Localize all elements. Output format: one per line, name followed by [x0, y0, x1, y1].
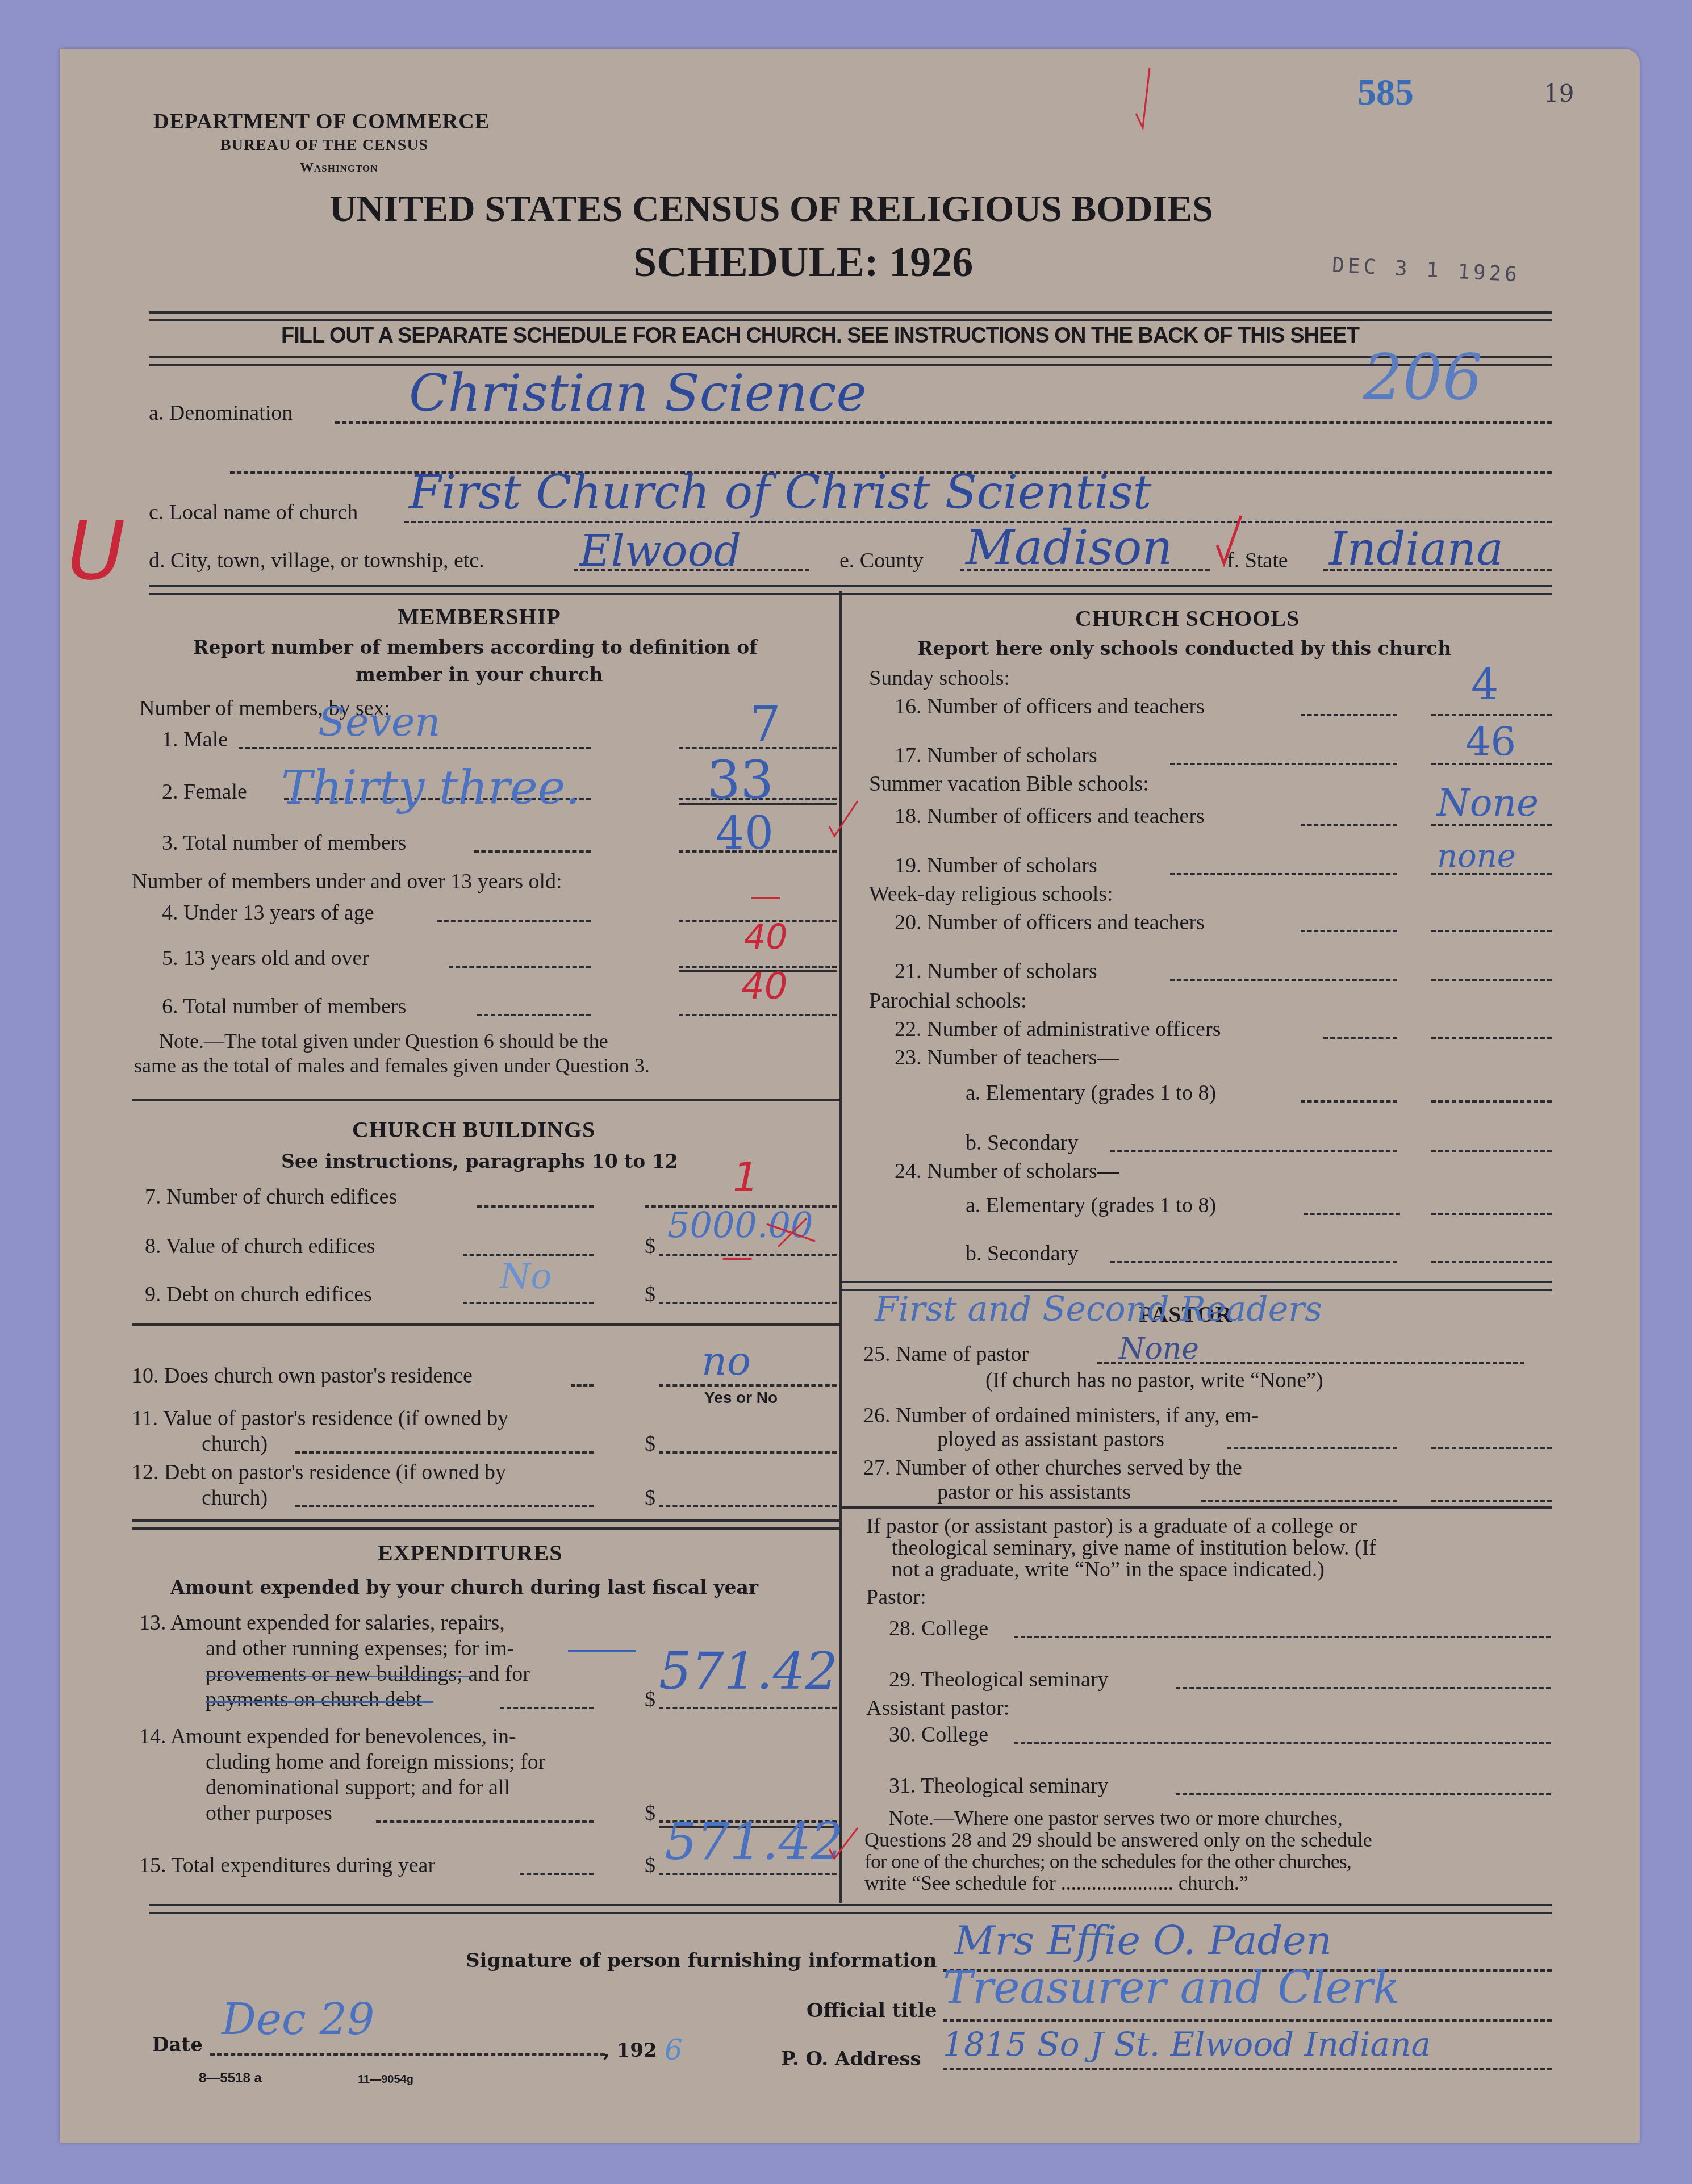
column-divider [839, 591, 842, 1903]
q19-label: 19. Number of scholars [895, 853, 1097, 878]
under-13-field[interactable]: — [750, 878, 782, 914]
denomination-label: a. Denomination [149, 400, 293, 425]
buildings-divider [132, 1323, 839, 1326]
under-13-line [437, 920, 591, 922]
church-schools-title: CHURCH SCHOOLS [1075, 605, 1300, 632]
checkmark-icon [826, 1823, 860, 1863]
edifices-count-label: 7. Number of church edifices [145, 1184, 397, 1209]
debt-amount-line [659, 1302, 837, 1304]
q14-line-2: cluding home and foreign missions; for [206, 1749, 545, 1774]
membership-divider [132, 1099, 839, 1101]
q19-dots [1170, 873, 1397, 875]
q13-dots [500, 1707, 594, 1709]
q29-field[interactable] [1176, 1687, 1551, 1689]
year-field[interactable]: 6 [665, 2033, 683, 2066]
assistant-pastor-subheading: Assistant pastor: [866, 1696, 1009, 1721]
parochial-schools-heading: Parochial schools: [869, 988, 1027, 1013]
department-name: DEPARTMENT OF COMMERCE [153, 109, 490, 134]
q17-label: 17. Number of scholars [895, 743, 1097, 768]
residence-debt-label: 12. Debt on pastor's residence (if owned… [132, 1460, 506, 1485]
expenditures-title: EXPENDITURES [378, 1539, 562, 1566]
q14-line-3: denominational support; and for all [206, 1775, 510, 1800]
q27-field[interactable] [1431, 1500, 1552, 1502]
q20-dots [1301, 930, 1397, 932]
city-field[interactable]: Elwood [579, 525, 741, 576]
membership-note-2: same as the total of males and females g… [134, 1054, 650, 1078]
q14-dots [376, 1820, 594, 1823]
total-members-6-field[interactable]: 40 [741, 966, 787, 1008]
county-label: e. County [839, 548, 924, 573]
currency-symbol: $ [645, 1801, 655, 1826]
q24b-field[interactable] [1431, 1261, 1552, 1263]
q13-amount-field[interactable]: 571.42 [659, 1642, 838, 1701]
date-line [210, 2053, 605, 2056]
header-divider [149, 311, 1552, 321]
residence-debt-field [659, 1505, 837, 1507]
under-13-label: 4. Under 13 years of age [162, 900, 374, 925]
total-members-field[interactable]: 40 [716, 807, 774, 859]
strike-line [206, 1701, 433, 1703]
q22-label: 22. Number of administrative officers [895, 1017, 1221, 1042]
q18-field[interactable]: None [1437, 781, 1539, 825]
form-code-1: 8—5518 a [199, 2070, 262, 2086]
currency-symbol: $ [645, 1853, 655, 1878]
edifices-debt-label: 9. Debt on church edifices [145, 1282, 372, 1307]
q20-label: 20. Number of officers and teachers [895, 910, 1205, 935]
signature-divider [149, 1904, 1552, 1914]
over-13-label: 5. 13 years old and over [162, 946, 369, 971]
vacation-schools-heading: Summer vacation Bible schools: [869, 771, 1149, 796]
currency-symbol: $ [645, 1431, 655, 1456]
form-code-2: 11—9054g [358, 2073, 413, 2086]
residence-line [571, 1384, 594, 1387]
local-name-label: c. Local name of church [149, 500, 358, 525]
q13-line-1: 13. Amount expended for salaries, repair… [139, 1610, 505, 1635]
over-13-field[interactable]: 40 [744, 917, 787, 957]
q24a-field[interactable] [1431, 1213, 1552, 1215]
owns-residence-field[interactable]: no [701, 1338, 751, 1384]
q27-dots [1201, 1500, 1397, 1502]
q23-label: 23. Number of teachers— [895, 1045, 1119, 1070]
age-label: Number of members under and over 13 year… [132, 869, 562, 894]
q16-dots [1301, 714, 1397, 716]
bureau-name: BUREAU OF THE CENSUS [220, 136, 428, 154]
q15-amount-field[interactable]: 571.42 [665, 1812, 843, 1872]
membership-subtitle-2: member in your church [356, 663, 603, 686]
pastor-note-3: for one of the churches; on the schedule… [864, 1849, 1351, 1873]
currency-symbol: $ [645, 1234, 655, 1259]
instructions-banner: FILL OUT A SEPARATE SCHEDULE FOR EACH CH… [281, 324, 1359, 348]
q28-field[interactable] [1014, 1636, 1551, 1638]
sunday-schools-heading: Sunday schools: [869, 666, 1010, 691]
q25-hint: (If church has no pastor, write “None”) [985, 1368, 1323, 1393]
q26-label-2: ployed as assistant pastors [937, 1427, 1164, 1452]
po-address-label: P. O. Address [781, 2048, 921, 2070]
q13-line-4: payments on church debt [206, 1687, 422, 1712]
currency-symbol: $ [645, 1282, 655, 1307]
edifices-debt-field[interactable]: — [721, 1238, 753, 1275]
q31-field[interactable] [1176, 1793, 1551, 1795]
official-title-line [943, 2019, 1552, 2022]
q18-label: 18. Number of officers and teachers [895, 804, 1205, 829]
q23a-field[interactable] [1431, 1100, 1552, 1103]
q16-field[interactable]: 4 [1471, 659, 1498, 709]
q24b-dots [1110, 1261, 1397, 1263]
signature-label: Signature of person furnishing informati… [466, 1949, 937, 1972]
edifices-value-label: 8. Value of church edifices [145, 1234, 375, 1259]
q25-label: 25. Name of pastor [863, 1342, 1029, 1367]
q23a-dots [1301, 1100, 1397, 1103]
q27-label: 27. Number of other churches served by t… [863, 1455, 1242, 1480]
stamp-number: 585 [1357, 71, 1414, 114]
male-written: Seven [318, 699, 440, 745]
po-address-line [943, 2068, 1552, 2070]
q23b-dots [1110, 1150, 1397, 1152]
q26-field[interactable] [1431, 1447, 1552, 1449]
q24a-label: a. Elementary (grades 1 to 8) [966, 1193, 1216, 1218]
membership-title: MEMBERSHIP [398, 603, 561, 630]
pastor-note: Note.—Where one pastor serves two or mor… [889, 1806, 1343, 1830]
q14-line-4: other purposes [206, 1801, 332, 1826]
church-buildings-title: CHURCH BUILDINGS [352, 1116, 595, 1143]
q21-label: 21. Number of scholars [895, 959, 1097, 984]
owns-residence-label: 10. Does church own pastor's residence [132, 1363, 473, 1388]
checkmark-icon [826, 795, 860, 841]
q17-dots [1170, 763, 1397, 765]
currency-symbol: $ [645, 1485, 655, 1510]
checkmark-icon [1130, 65, 1153, 133]
male-label: 1. Male [162, 727, 228, 752]
po-address-field[interactable]: 1815 So J St. Elwood Indiana [943, 2025, 1431, 2064]
official-title-label: Official title [807, 1999, 937, 2022]
q22-field[interactable] [1431, 1037, 1552, 1039]
pastor-subheading: Pastor: [866, 1585, 926, 1610]
q23b-field[interactable] [1431, 1150, 1552, 1152]
strike-line [568, 1650, 636, 1652]
edifices-debt-written: No [500, 1255, 552, 1297]
q24-label: 24. Number of scholars— [895, 1159, 1119, 1184]
q29-label: 29. Theological seminary [889, 1667, 1109, 1692]
strike-line [206, 1676, 473, 1677]
residence-value-label: 11. Value of pastor's residence (if owne… [132, 1406, 508, 1431]
q30-label: 30. College [889, 1722, 988, 1747]
q15-label: 15. Total expenditures during year [139, 1853, 435, 1878]
pastor-note-2: Questions 28 and 29 should be answered o… [864, 1828, 1372, 1852]
residence-value-field [659, 1451, 837, 1454]
graduate-divider [842, 1506, 1552, 1509]
yes-no-hint: Yes or No [704, 1389, 778, 1407]
membership-subtitle: Report number of members according to de… [193, 636, 757, 658]
q21-dots [1170, 979, 1397, 981]
code-number: 206 [1363, 341, 1482, 414]
residence-debt-label-2: church) [202, 1485, 268, 1510]
corner-number: 19 [1544, 80, 1574, 107]
schedule-year: SCHEDULE: 1926 [633, 239, 973, 287]
q21-field[interactable] [1431, 979, 1552, 981]
total-line [474, 850, 591, 853]
total-members-label: 3. Total number of members [162, 830, 406, 855]
q14-line-1: 14. Amount expended for benevolences, in… [139, 1724, 516, 1749]
q24b-label: b. Secondary [966, 1241, 1078, 1266]
year-prefix: , 192 [603, 2039, 657, 2062]
edifices-line [477, 1205, 594, 1208]
county-field[interactable]: Madison [966, 520, 1173, 575]
official-title-field[interactable]: Treasurer and Clerk [943, 1962, 1400, 2014]
q18-dots [1301, 824, 1397, 826]
q13-line-2: and other running expenses; for im- [206, 1636, 514, 1661]
date-label: Date [152, 2033, 203, 2056]
male-line [239, 747, 591, 749]
denomination-field[interactable]: Christian Science [409, 364, 867, 423]
bureau-city: Washington [300, 160, 378, 176]
residence-value-label-2: church) [202, 1431, 268, 1456]
q15-value-line [659, 1873, 837, 1875]
residence-value-dots [295, 1451, 594, 1454]
local-name-field[interactable]: First Church of Christ Scientist [409, 466, 1152, 520]
state-field[interactable]: Indiana [1329, 523, 1503, 575]
date-field[interactable]: Dec 29 [222, 1994, 374, 2044]
q26-dots [1227, 1447, 1397, 1449]
total-6-value-line [679, 1014, 837, 1016]
state-label: f. State [1227, 548, 1288, 573]
q23b-label: b. Secondary [966, 1130, 1078, 1155]
q16-value-line [1431, 714, 1552, 716]
q27-label-2: pastor or his assistants [937, 1480, 1131, 1505]
total-members-6-label: 6. Total number of members [162, 994, 406, 1019]
residence-value-line [659, 1384, 837, 1387]
form-title: UNITED STATES CENSUS OF RELIGIOUS BODIES [329, 187, 1213, 231]
margin-mark: U [67, 506, 125, 598]
q20-field[interactable] [1431, 930, 1552, 932]
q15-dots [520, 1873, 594, 1875]
expenditures-subtitle: Amount expended by your church during la… [170, 1576, 758, 1598]
q31-label: 31. Theological seminary [889, 1773, 1109, 1798]
city-label: d. City, town, village, or township, etc… [149, 548, 484, 573]
q24a-dots [1304, 1213, 1400, 1215]
male-field[interactable]: 7 [750, 696, 781, 753]
church-schools-subtitle: Report here only schools conducted by th… [917, 637, 1451, 659]
edifices-count-field[interactable]: 1 [733, 1153, 759, 1201]
weekday-schools-heading: Week-day religious schools: [869, 882, 1113, 907]
graduate-instructions-3: not a graduate, write “No” in the space … [892, 1557, 1325, 1582]
strikethrough-mark [761, 1216, 818, 1255]
female-field[interactable]: 33 [707, 750, 774, 811]
debt-line [463, 1302, 594, 1304]
church-buildings-subtitle: See instructions, paragraphs 10 to 12 [281, 1150, 678, 1172]
q30-field[interactable] [1014, 1742, 1551, 1744]
pastor-note-4: write “See schedule for ................… [864, 1871, 1248, 1895]
q16-label: 16. Number of officers and teachers [895, 694, 1205, 719]
over-13-line [449, 966, 591, 968]
identity-divider [149, 585, 1552, 595]
q28-label: 28. College [889, 1616, 988, 1641]
q23a-label: a. Elementary (grades 1 to 8) [966, 1080, 1216, 1105]
q26-label: 26. Number of ordained ministers, if any… [863, 1403, 1259, 1428]
expenditures-divider [132, 1519, 839, 1530]
q17-field[interactable]: 46 [1465, 719, 1516, 765]
total-6-line [477, 1014, 591, 1016]
female-written: Thirty three. [281, 761, 580, 815]
pastor-annotation: First and Second Readers [875, 1289, 1322, 1329]
q25-field[interactable]: None [1119, 1332, 1199, 1366]
signature-field[interactable]: Mrs Effie O. Paden [954, 1917, 1332, 1964]
membership-note: Note.—The total given under Question 6 s… [159, 1029, 608, 1053]
q22-dots [1323, 1037, 1397, 1039]
residence-debt-dots [295, 1505, 594, 1507]
female-label: 2. Female [162, 779, 247, 804]
q13-line-3: provements or new buildings; and for [206, 1661, 530, 1686]
q13-value-line [659, 1707, 837, 1709]
currency-symbol: $ [645, 1687, 655, 1712]
q19-field[interactable]: none [1437, 838, 1516, 875]
